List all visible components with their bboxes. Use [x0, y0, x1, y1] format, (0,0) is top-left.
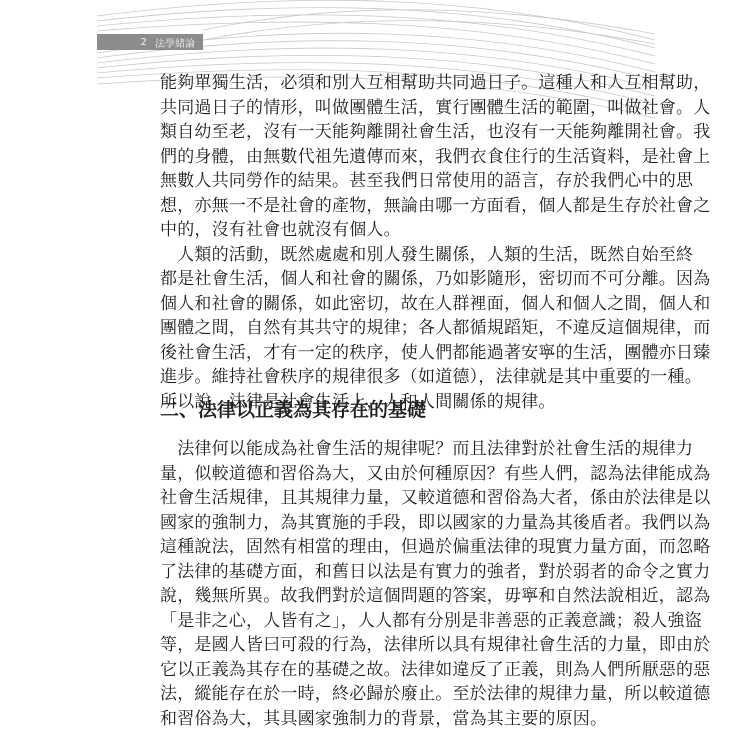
- text-line: 量，似較道德和習俗為大，又由於何種原因？有些人們，認為法律能成為: [160, 462, 592, 487]
- text-line: 進步。維持社會秩序的規律很多（如道德），法律就是其中重要的一種。: [160, 365, 592, 390]
- page-number: 2: [141, 37, 147, 48]
- text-line: 這種說法，固然有相當的理由，但過於偏重法律的現實力量方面，而忽略: [160, 535, 592, 560]
- text-line: 後社會生活，才有一定的秩序，使人們都能過著安寧的生活，團體亦日臻: [160, 341, 592, 366]
- running-header: 2 法學緒論: [97, 34, 203, 50]
- section-1-text: 能夠單獨生活，必須和別人互相幫助共同過日子。這種人和人互相幫助， 共同過日子的情…: [160, 71, 592, 414]
- text-line: 都是社會生活，個人和社會的關係，乃如影隨形，密切而不可分離。因為: [160, 267, 592, 292]
- section-2-text: 法律何以能成為社會生活的規律呢？而且法律對於社會生活的規律力 量，似較道德和習俗…: [160, 437, 592, 731]
- text-line: 和習俗為大，其具國家強制力的背景，當為其主要的原因。: [160, 707, 592, 732]
- text-line: 說，幾無所異。故我們對於這個問題的答案，毋寧和自然法說相近，認為: [160, 584, 592, 609]
- text-line: 無數人共同勞作的結果。甚至我們日常使用的語言，存於我們心中的思: [160, 169, 592, 194]
- text-line: 類自幼至老，沒有一天能夠離開社會生活，也沒有一天能夠離開社會。我: [160, 120, 592, 145]
- book-page: 2 法學緒論 能夠單獨生活，必須和別人互相幫助共同過日子。這種人和人互相幫助， …: [0, 0, 750, 750]
- text-line: 它以正義為其存在的基礎之故。法律如違反了正義，則為人們所厭惡的惡: [160, 658, 592, 683]
- text-line: 個人和社會的關係，如此密切，故在人群裡面，個人和個人之間，個人和: [160, 292, 592, 317]
- text-line: 中的，沒有社會也就沒有個人。: [160, 218, 592, 243]
- text-line: 們的身體，由無數代祖先遺傳而來，我們衣食住行的生活資料，是社會上: [160, 145, 592, 170]
- text-line: 共同過日子的情形，叫做團體生活，實行團體生活的範圍，叫做社會。人: [160, 96, 592, 121]
- text-line: 想，亦無一不是社會的產物，無論由哪一方面看，個人都是生存於社會之: [160, 194, 592, 219]
- text-line: 法，縱能存在於一時，終必歸於廢止。至於法律的規律力量，所以較道德: [160, 682, 592, 707]
- text-line: 社會生活規律，且其規律力量，又較道德和習俗為大者，係由於法律是以: [160, 486, 592, 511]
- text-line: 等，是國人皆曰可殺的行為，法律所以具有規律社會生活的力量，即由於: [160, 633, 592, 658]
- text-line: 能夠單獨生活，必須和別人互相幫助共同過日子。這種人和人互相幫助，: [160, 71, 592, 96]
- text-line: 人類的活動，既然處處和別人發生關係，人類的生活，既然自始至終: [160, 243, 592, 268]
- text-line: 了法律的基礎方面，和舊日以法是有實力的強者，對於弱者的命令之實力: [160, 560, 592, 585]
- text-line: 國家的強制力，為其實施的手段，即以國家的力量為其後盾者。我們以為: [160, 511, 592, 536]
- text-line: 團體之間，自然有其共守的規律；各人都循規蹈矩，不違反這個規律，而: [160, 316, 592, 341]
- text-line: 「是非之心，人皆有之」，人人都有分別是非善惡的正義意識；殺人強盜: [160, 609, 592, 634]
- section-heading: 二、法律以正義為其存在的基礎: [160, 395, 426, 422]
- book-title: 法學緒論: [155, 35, 195, 50]
- text-line: 法律何以能成為社會生活的規律呢？而且法律對於社會生活的規律力: [160, 437, 592, 462]
